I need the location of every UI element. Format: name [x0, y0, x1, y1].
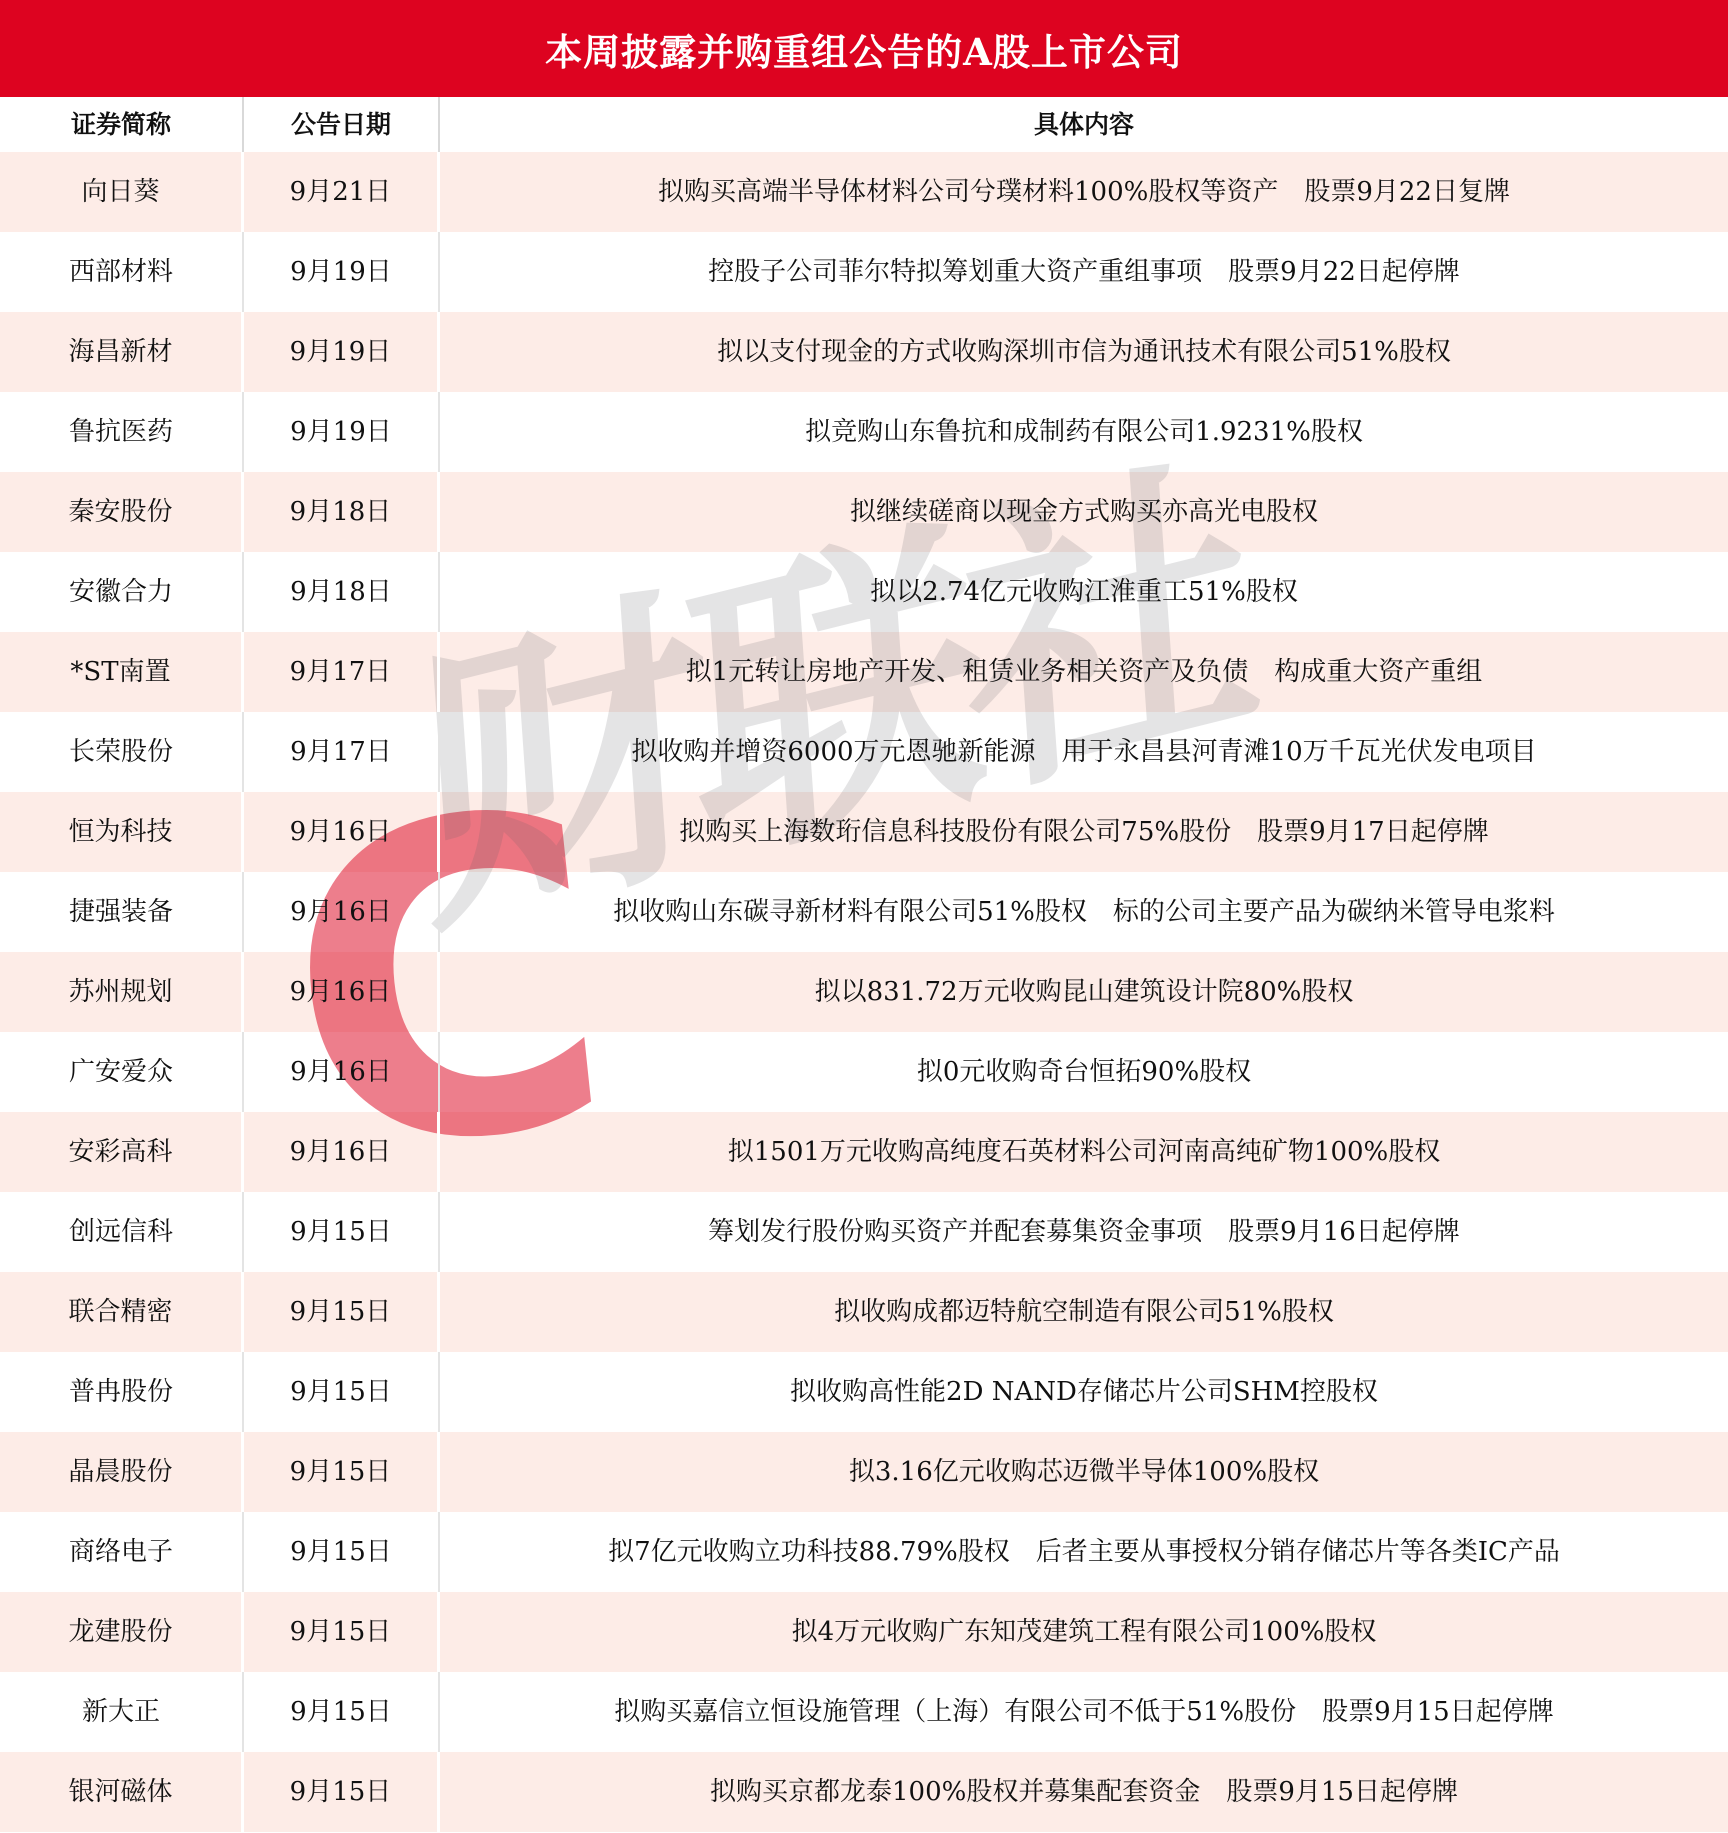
column-header-stock-name: 证券简称 — [0, 97, 244, 152]
stock-name-cell: 安徽合力 — [0, 552, 244, 632]
content-cell: 拟收购成都迈特航空制造有限公司51%股权 — [440, 1272, 1728, 1352]
announce-date-cell: 9月15日 — [244, 1192, 440, 1272]
announce-date-cell: 9月15日 — [244, 1352, 440, 1432]
stock-name-cell: 长荣股份 — [0, 712, 244, 792]
announce-date-cell: 9月15日 — [244, 1512, 440, 1592]
content-cell: 拟继续磋商以现金方式购买亦高光电股权 — [440, 472, 1728, 552]
stock-name-cell: 银河磁体 — [0, 1752, 244, 1832]
table-header-row: 证券简称 公告日期 具体内容 — [0, 97, 1728, 152]
table-row: 西部材料 9月19日 控股子公司菲尔特拟筹划重大资产重组事项 股票9月22日起停… — [0, 232, 1728, 312]
announce-date-cell: 9月16日 — [244, 792, 440, 872]
table-row: 捷强装备 9月16日 拟收购山东碳寻新材料有限公司51%股权 标的公司主要产品为… — [0, 872, 1728, 952]
table-row: 秦安股份 9月18日 拟继续磋商以现金方式购买亦高光电股权 — [0, 472, 1728, 552]
table-row: 银河磁体 9月15日 拟购买京都龙泰100%股权并募集配套资金 股票9月15日起… — [0, 1752, 1728, 1832]
announce-date-cell: 9月21日 — [244, 152, 440, 232]
content-cell: 拟3.16亿元收购芯迈微半导体100%股权 — [440, 1432, 1728, 1512]
stock-name-cell: 秦安股份 — [0, 472, 244, 552]
content-cell: 拟0元收购奇台恒拓90%股权 — [440, 1032, 1728, 1112]
stock-name-cell: 广安爱众 — [0, 1032, 244, 1112]
column-header-content: 具体内容 — [440, 97, 1728, 152]
content-cell: 拟以831.72万元收购昆山建筑设计院80%股权 — [440, 952, 1728, 1032]
table-row: 普冉股份 9月15日 拟收购高性能2D NAND存储芯片公司SHM控股权 — [0, 1352, 1728, 1432]
content-cell: 拟购买京都龙泰100%股权并募集配套资金 股票9月15日起停牌 — [440, 1752, 1728, 1832]
table-row: 安彩高科 9月16日 拟1501万元收购高纯度石英材料公司河南高纯矿物100%股… — [0, 1112, 1728, 1192]
content-cell: 拟收购高性能2D NAND存储芯片公司SHM控股权 — [440, 1352, 1728, 1432]
table-row: 联合精密 9月15日 拟收购成都迈特航空制造有限公司51%股权 — [0, 1272, 1728, 1352]
ma-announcements-infographic: 本周披露并购重组公告的A股上市公司 证券简称 公告日期 具体内容 向日葵 9月2… — [0, 0, 1728, 1833]
stock-name-cell: 恒为科技 — [0, 792, 244, 872]
announce-date-cell: 9月19日 — [244, 232, 440, 312]
column-header-announce-date: 公告日期 — [244, 97, 440, 152]
announce-date-cell: 9月19日 — [244, 312, 440, 392]
content-cell: 拟购买嘉信立恒设施管理（上海）有限公司不低于51%股份 股票9月15日起停牌 — [440, 1672, 1728, 1752]
table-row: 海昌新材 9月19日 拟以支付现金的方式收购深圳市信为通讯技术有限公司51%股权 — [0, 312, 1728, 392]
table-row: 鲁抗医药 9月19日 拟竞购山东鲁抗和成制药有限公司1.9231%股权 — [0, 392, 1728, 472]
announce-date-cell: 9月19日 — [244, 392, 440, 472]
announce-date-cell: 9月15日 — [244, 1592, 440, 1672]
announce-date-cell: 9月15日 — [244, 1752, 440, 1832]
content-cell: 筹划发行股份购买资产并配套募集资金事项 股票9月16日起停牌 — [440, 1192, 1728, 1272]
stock-name-cell: 龙建股份 — [0, 1592, 244, 1672]
announce-date-cell: 9月16日 — [244, 872, 440, 952]
table-row: 向日葵 9月21日 拟购买高端半导体材料公司兮璞材料100%股权等资产 股票9月… — [0, 152, 1728, 232]
announce-date-cell: 9月17日 — [244, 712, 440, 792]
table-row: 商络电子 9月15日 拟7亿元收购立功科技88.79%股权 后者主要从事授权分销… — [0, 1512, 1728, 1592]
table-row: 苏州规划 9月16日 拟以831.72万元收购昆山建筑设计院80%股权 — [0, 952, 1728, 1032]
content-cell: 控股子公司菲尔特拟筹划重大资产重组事项 股票9月22日起停牌 — [440, 232, 1728, 312]
announce-date-cell: 9月17日 — [244, 632, 440, 712]
table-row: 长荣股份 9月17日 拟收购并增资6000万元恩驰新能源 用于永昌县河青滩10万… — [0, 712, 1728, 792]
stock-name-cell: 海昌新材 — [0, 312, 244, 392]
stock-name-cell: 普冉股份 — [0, 1352, 244, 1432]
announce-date-cell: 9月16日 — [244, 1032, 440, 1112]
table-row: *ST南置 9月17日 拟1元转让房地产开发、租赁业务相关资产及负债 构成重大资… — [0, 632, 1728, 712]
content-cell: 拟购买上海数珩信息科技股份有限公司75%股份 股票9月17日起停牌 — [440, 792, 1728, 872]
table-row: 恒为科技 9月16日 拟购买上海数珩信息科技股份有限公司75%股份 股票9月17… — [0, 792, 1728, 872]
stock-name-cell: 晶晨股份 — [0, 1432, 244, 1512]
content-cell: 拟购买高端半导体材料公司兮璞材料100%股权等资产 股票9月22日复牌 — [440, 152, 1728, 232]
announce-date-cell: 9月18日 — [244, 552, 440, 632]
table-row: 新大正 9月15日 拟购买嘉信立恒设施管理（上海）有限公司不低于51%股份 股票… — [0, 1672, 1728, 1752]
content-cell: 拟1501万元收购高纯度石英材料公司河南高纯矿物100%股权 — [440, 1112, 1728, 1192]
table-row: 安徽合力 9月18日 拟以2.74亿元收购江淮重工51%股权 — [0, 552, 1728, 632]
stock-name-cell: 西部材料 — [0, 232, 244, 312]
stock-name-cell: 苏州规划 — [0, 952, 244, 1032]
stock-name-cell: 向日葵 — [0, 152, 244, 232]
stock-name-cell: 安彩高科 — [0, 1112, 244, 1192]
ma-announcements-table: 证券简称 公告日期 具体内容 向日葵 9月21日 拟购买高端半导体材料公司兮璞材… — [0, 97, 1728, 1832]
table-body: 向日葵 9月21日 拟购买高端半导体材料公司兮璞材料100%股权等资产 股票9月… — [0, 152, 1728, 1832]
content-cell: 拟4万元收购广东知茂建筑工程有限公司100%股权 — [440, 1592, 1728, 1672]
content-cell: 拟竞购山东鲁抗和成制药有限公司1.9231%股权 — [440, 392, 1728, 472]
stock-name-cell: 捷强装备 — [0, 872, 244, 952]
content-cell: 拟以支付现金的方式收购深圳市信为通讯技术有限公司51%股权 — [440, 312, 1728, 392]
table-row: 龙建股份 9月15日 拟4万元收购广东知茂建筑工程有限公司100%股权 — [0, 1592, 1728, 1672]
stock-name-cell: *ST南置 — [0, 632, 244, 712]
content-cell: 拟收购并增资6000万元恩驰新能源 用于永昌县河青滩10万千瓦光伏发电项目 — [440, 712, 1728, 792]
stock-name-cell: 商络电子 — [0, 1512, 244, 1592]
announce-date-cell: 9月15日 — [244, 1272, 440, 1352]
stock-name-cell: 鲁抗医药 — [0, 392, 244, 472]
stock-name-cell: 新大正 — [0, 1672, 244, 1752]
page-title: 本周披露并购重组公告的A股上市公司 — [0, 0, 1728, 97]
table-row: 广安爱众 9月16日 拟0元收购奇台恒拓90%股权 — [0, 1032, 1728, 1112]
announce-date-cell: 9月16日 — [244, 1112, 440, 1192]
announce-date-cell: 9月15日 — [244, 1672, 440, 1752]
stock-name-cell: 联合精密 — [0, 1272, 244, 1352]
table-row: 晶晨股份 9月15日 拟3.16亿元收购芯迈微半导体100%股权 — [0, 1432, 1728, 1512]
content-cell: 拟1元转让房地产开发、租赁业务相关资产及负债 构成重大资产重组 — [440, 632, 1728, 712]
content-cell: 拟以2.74亿元收购江淮重工51%股权 — [440, 552, 1728, 632]
announce-date-cell: 9月18日 — [244, 472, 440, 552]
announce-date-cell: 9月16日 — [244, 952, 440, 1032]
stock-name-cell: 创远信科 — [0, 1192, 244, 1272]
content-cell: 拟收购山东碳寻新材料有限公司51%股权 标的公司主要产品为碳纳米管导电浆料 — [440, 872, 1728, 952]
table-row: 创远信科 9月15日 筹划发行股份购买资产并配套募集资金事项 股票9月16日起停… — [0, 1192, 1728, 1272]
content-cell: 拟7亿元收购立功科技88.79%股权 后者主要从事授权分销存储芯片等各类IC产品 — [440, 1512, 1728, 1592]
announce-date-cell: 9月15日 — [244, 1432, 440, 1512]
